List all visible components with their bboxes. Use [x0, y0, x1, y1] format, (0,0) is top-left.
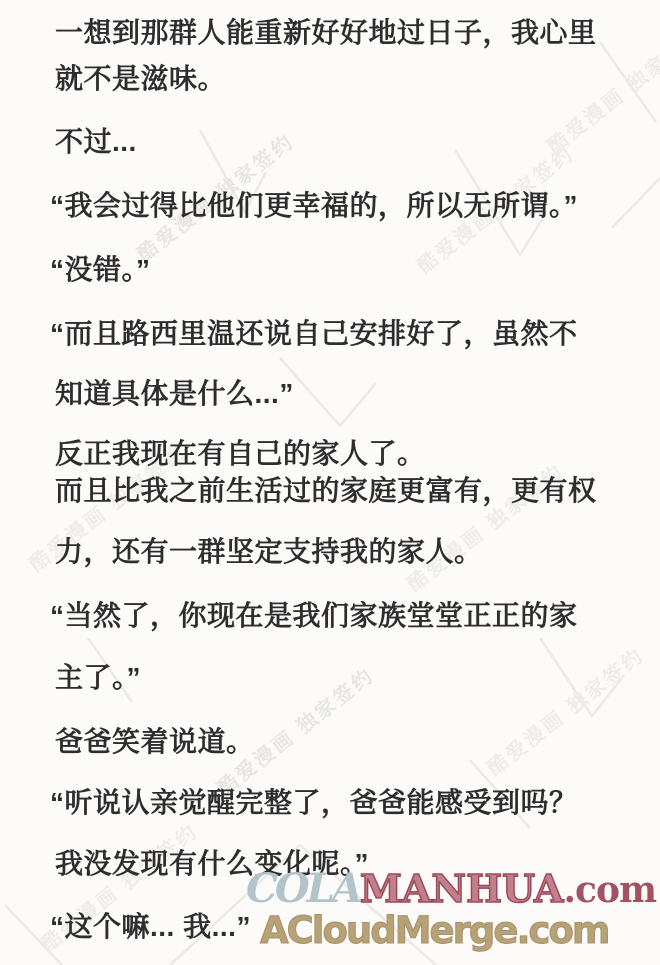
novel-text-line: 知道具体是什么...” [55, 377, 294, 411]
novel-text-line: 反正我现在有自己的家人了。 [55, 437, 426, 471]
novel-text-line: “而且路西里温还说自己安排好了，虽然不 [50, 317, 578, 351]
novel-text-line: 主了。” [55, 661, 141, 695]
novel-text-line: 就不是滋味。 [55, 62, 226, 96]
manhua-text-page: 酷爱漫画 独家签约 酷爱漫画 独家签约 酷爱漫画 独家签约 酷爱漫画 独家签约 … [0, 0, 660, 965]
manhua-caps-text: MANHUA [360, 866, 564, 911]
brand-watermark-acloudmerge: ACloudMerge.com [260, 912, 608, 949]
novel-text-line: 爸爸笑着说道。 [55, 725, 255, 759]
manhua-dotcom-text: .com [563, 869, 656, 911]
novel-text-line: 力，还有一群坚定支持我的家人。 [55, 535, 483, 569]
bg-watermark-text: 酷爱漫画 独家签约 [480, 640, 650, 781]
novel-text-line: “当然了，你现在是我们家族堂堂正正的家 [50, 599, 578, 633]
novel-text-line: 一想到那群人能重新好好地过日子，我心里 [55, 16, 597, 50]
novel-text-line: “没错。” [50, 253, 151, 287]
novel-text-line: 而且比我之前生活过的家庭更富有，更有权 [55, 474, 597, 508]
novel-text-line: “这个嘛... 我...” [50, 910, 251, 944]
novel-text-line: “我会过得比他们更幸福的，所以无所谓。” [50, 189, 578, 223]
novel-text-line: “听说认亲觉醒完整了，爸爸能感受到吗？ [50, 786, 578, 820]
brand-watermark-colamanhua: COLAMANHUA.com [246, 869, 656, 909]
novel-text-line: 不过... [55, 125, 137, 159]
cola-script-text: COLA [246, 865, 360, 912]
